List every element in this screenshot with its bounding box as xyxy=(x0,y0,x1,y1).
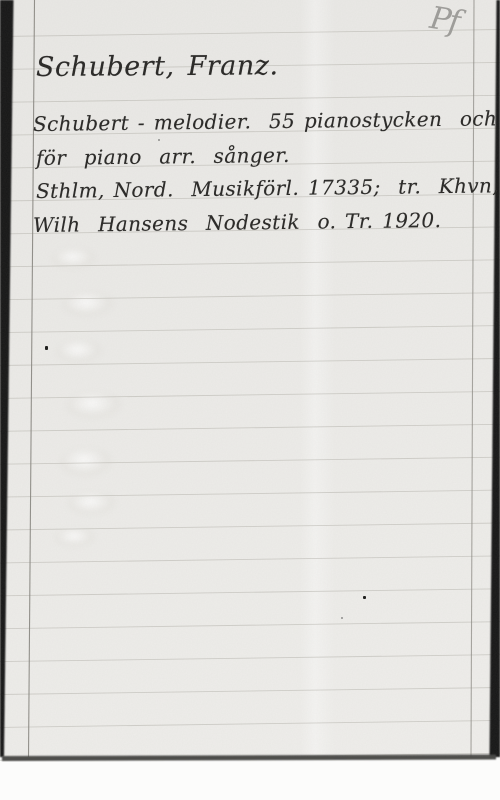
show-through-mark xyxy=(60,448,114,478)
scan-edge-left xyxy=(0,0,14,757)
card-heading: Schubert, Franz. xyxy=(36,50,279,83)
ink-speck xyxy=(363,596,366,599)
ink-speck xyxy=(341,617,343,619)
card-text-line-2: för piano arr. sånger. xyxy=(36,143,290,170)
card-text-line-3: Sthlm, Nord. Musikförl. 17335; tr. Khvn, xyxy=(36,173,499,203)
card-text-line-4: Wilh Hansens Nodestik o. Tr. 1920. xyxy=(33,208,442,237)
card-bottom-edge xyxy=(2,755,496,762)
show-through-mark xyxy=(62,292,116,318)
scanned-catalog-card-page: Pf Schubert, Franz. Schubert - melodier.… xyxy=(0,0,500,800)
show-through-mark xyxy=(68,492,118,516)
ink-speck xyxy=(158,139,160,141)
card-text-line-1: Schubert - melodier. 55 pianostycken och xyxy=(33,106,497,136)
index-card-paper: Pf Schubert, Franz. Schubert - melodier.… xyxy=(0,0,500,757)
show-through-mark xyxy=(66,392,124,420)
ink-speck xyxy=(45,346,48,350)
show-through-mark xyxy=(56,340,104,364)
pencil-annotation: Pf xyxy=(427,0,461,40)
show-through-mark xyxy=(52,248,98,270)
show-through-mark xyxy=(55,528,97,548)
